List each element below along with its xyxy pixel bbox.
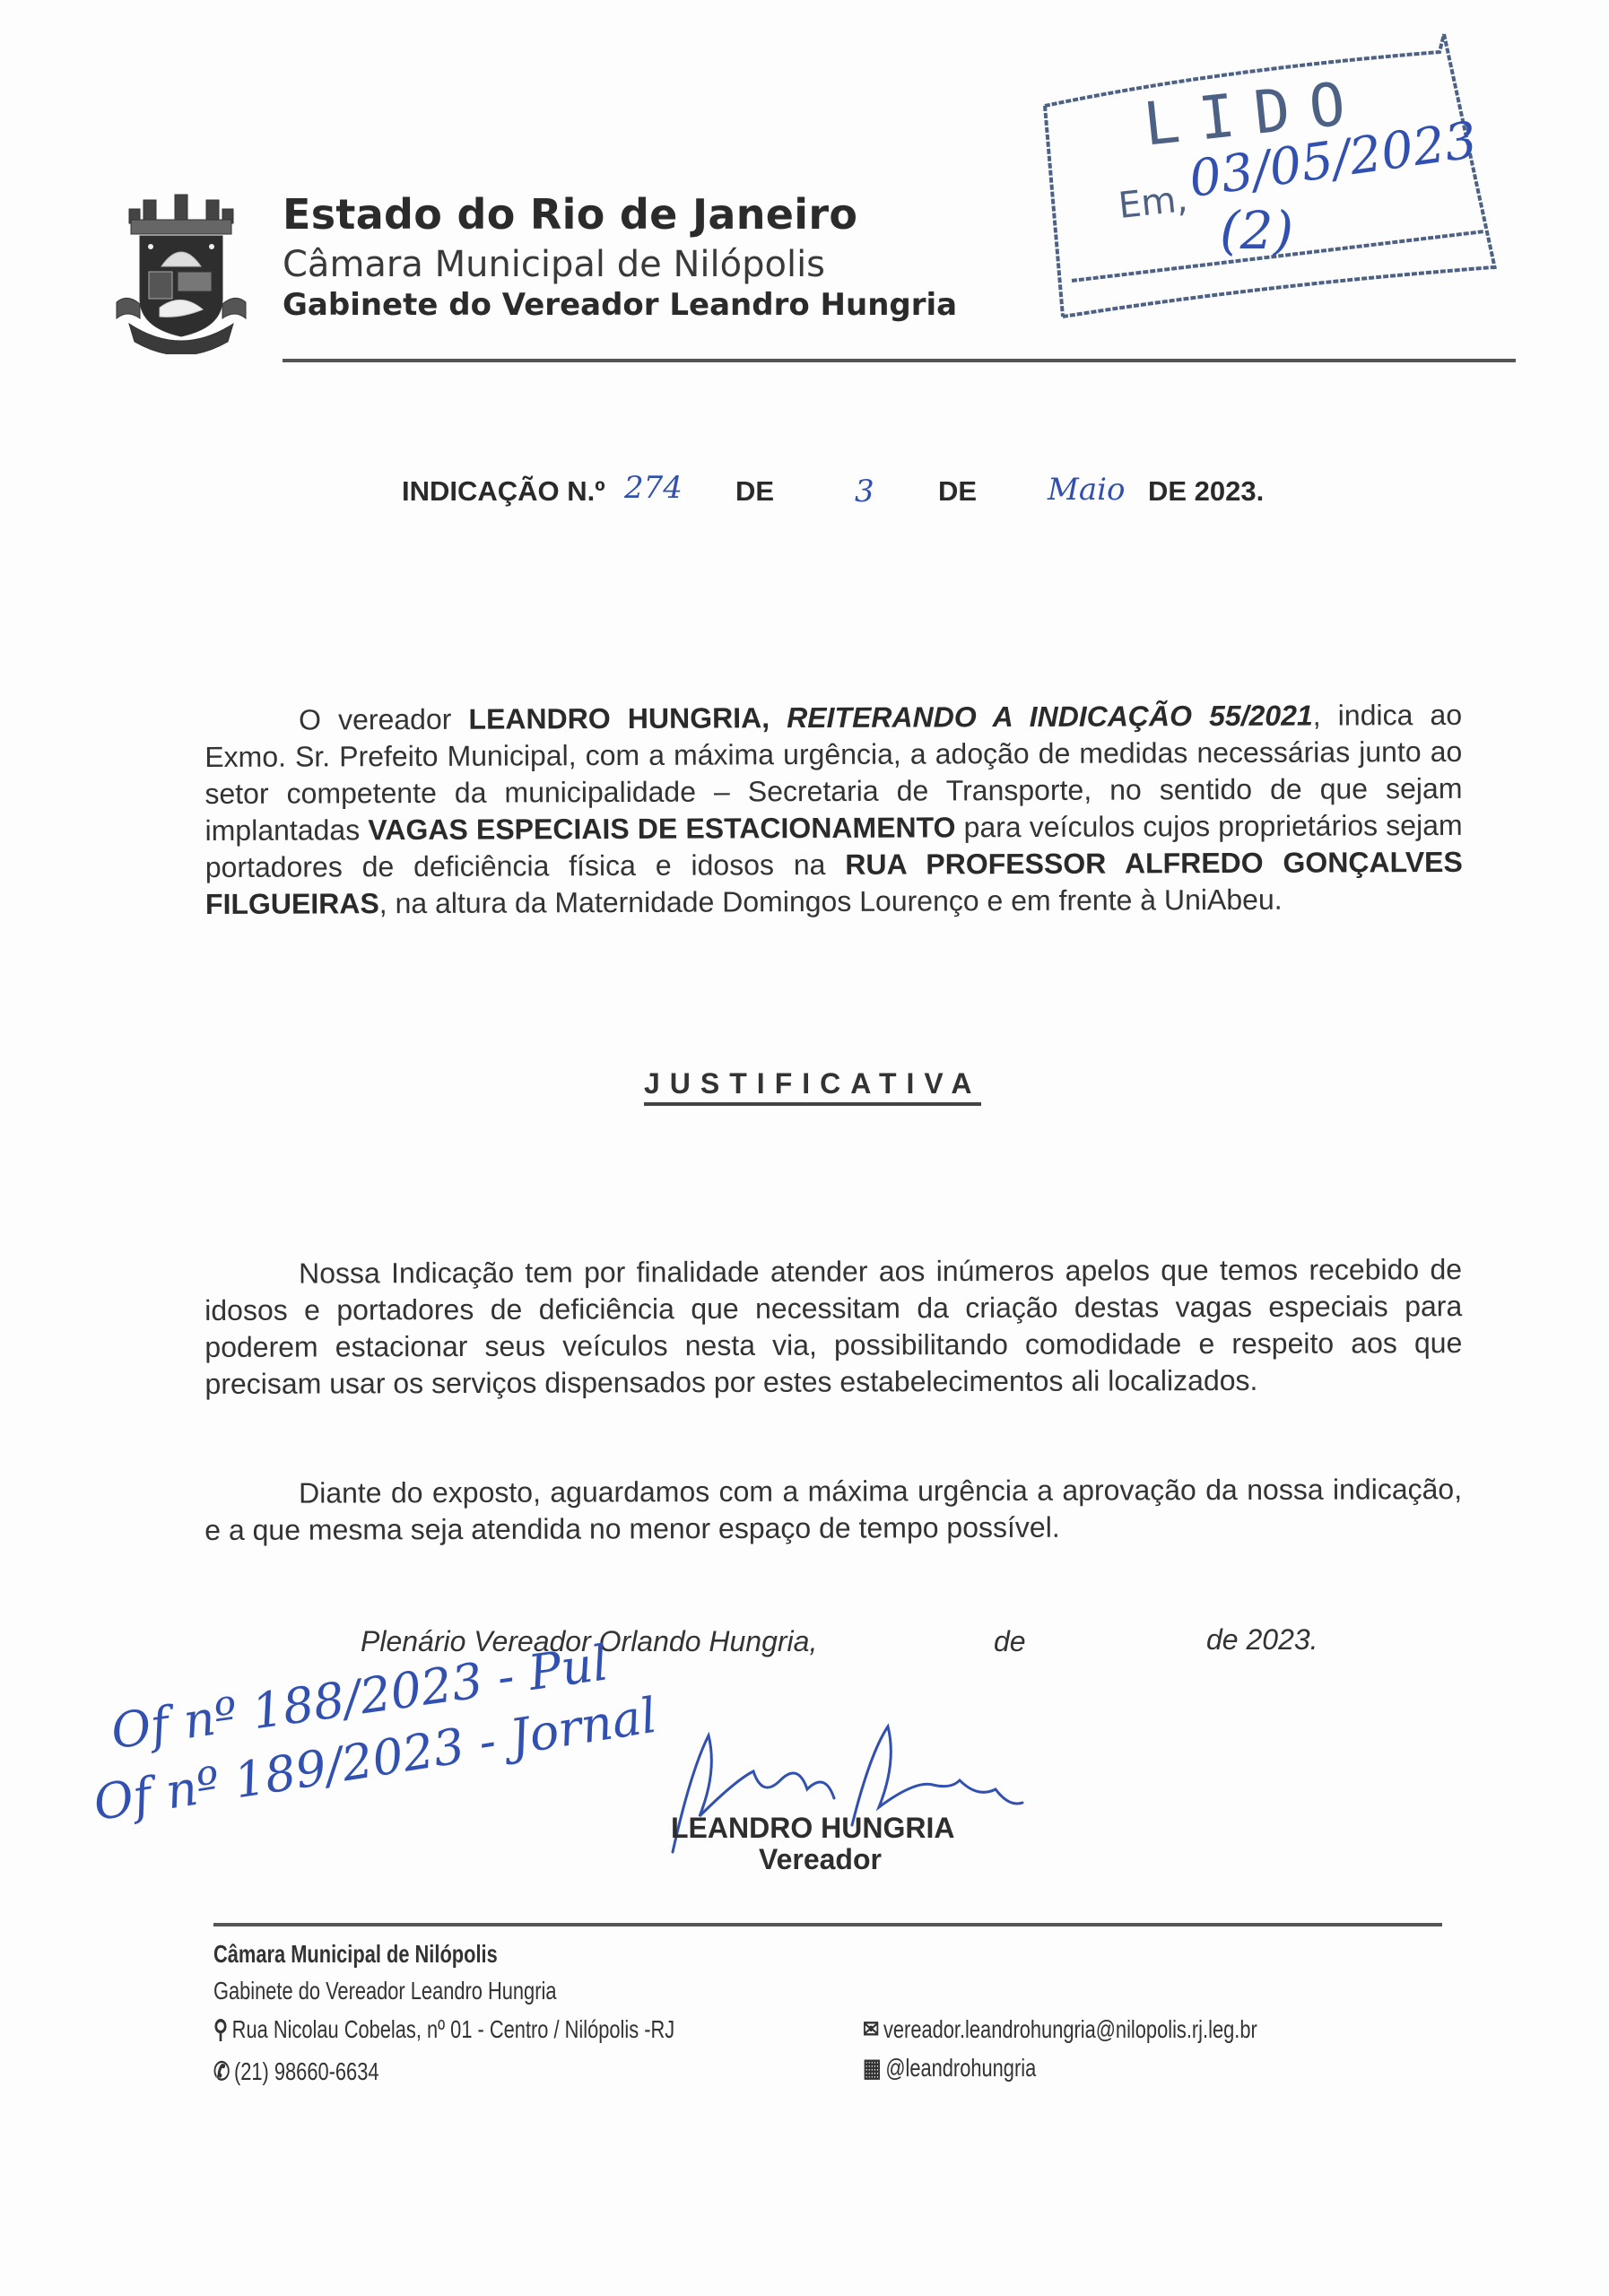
footer-email[interactable]: ✉vereador.leandrohungria@nilopolis.rj.le… [863, 2014, 1257, 2044]
footer-office: Gabinete do Vereador Leandro Hungria [213, 1977, 556, 2005]
p1-text-4: , na altura da Maternidade Domingos Lour… [379, 883, 1283, 919]
header-office: Gabinete do Vereador Leandro Hungria [283, 287, 957, 323]
p1-text-1: O vereador [299, 703, 469, 736]
signer-role: Vereador [759, 1843, 882, 1876]
document-title: INDICAÇÃO N.º 274 DE 3 DE Maio DE 2023. [402, 475, 1281, 517]
p2-text: Nossa Indicação tem por finalidade atend… [204, 1253, 1462, 1400]
header-state: Estado do Rio de Janeiro [283, 190, 857, 239]
title-month: Maio [1048, 472, 1125, 508]
p1-vereador-name: LEANDRO HUNGRIA, [468, 701, 770, 735]
p1-vagas: VAGAS ESPECIAIS DE ESTACIONAMENTO [368, 811, 955, 846]
handwritten-notes: Of nº 188/2023 - Pul Of nº 189/2023 - Jo… [90, 1686, 735, 1901]
envelope-icon: ✉ [863, 2014, 879, 2044]
footer-chamber: Câmara Municipal de Nilópolis [213, 1940, 498, 1969]
footer-divider [213, 1923, 1442, 1926]
footer-address: ⚲Rua Nicolau Cobelas, nº 01 - Centro / N… [213, 2014, 674, 2044]
footer-social[interactable]: ▦@leandrohungria [863, 2053, 1036, 2083]
closing-year: de 2023. [1206, 1623, 1318, 1657]
title-de-1: DE [735, 475, 774, 508]
signer-name: LEANDRO HUNGRIA [671, 1812, 954, 1845]
social-icon: ▦ [863, 2053, 882, 2083]
title-de-2: DE [938, 475, 977, 508]
justification-paragraph: Nossa Indicação tem por finalidade atend… [204, 1251, 1463, 1403]
p1-reiterando: REITERANDO A INDICAÇÃO 55/2021 [770, 700, 1313, 735]
pin-icon: ⚲ [213, 2014, 228, 2044]
justification-heading: JUSTIFICATIVA [644, 1067, 981, 1106]
stamp-date-prefix: Em, [1117, 178, 1189, 227]
header-divider [283, 359, 1516, 362]
lido-stamp: LIDO Em, 03/05/2023 (2) [1036, 16, 1511, 326]
header-chamber: Câmara Municipal de Nilópolis [283, 244, 825, 285]
phone-icon: ✆ [213, 2057, 230, 2086]
municipal-crest-logo [109, 193, 253, 354]
footer-phone: ✆(21) 98660-6634 [213, 2057, 378, 2086]
p3-text: Diante do exposto, aguardamos com a máxi… [204, 1473, 1462, 1546]
title-prefix: INDICAÇÃO N.º [402, 475, 605, 508]
title-number: 274 [624, 470, 683, 506]
indication-paragraph: O vereador LEANDRO HUNGRIA, REITERANDO A… [204, 697, 1463, 923]
stamp-mark: (2) [1220, 200, 1293, 261]
closing-paragraph: Diante do exposto, aguardamos com a máxi… [204, 1471, 1462, 1549]
title-suffix: DE 2023. [1148, 475, 1264, 508]
closing-de: de [994, 1625, 1026, 1658]
title-day: 3 [855, 474, 874, 509]
